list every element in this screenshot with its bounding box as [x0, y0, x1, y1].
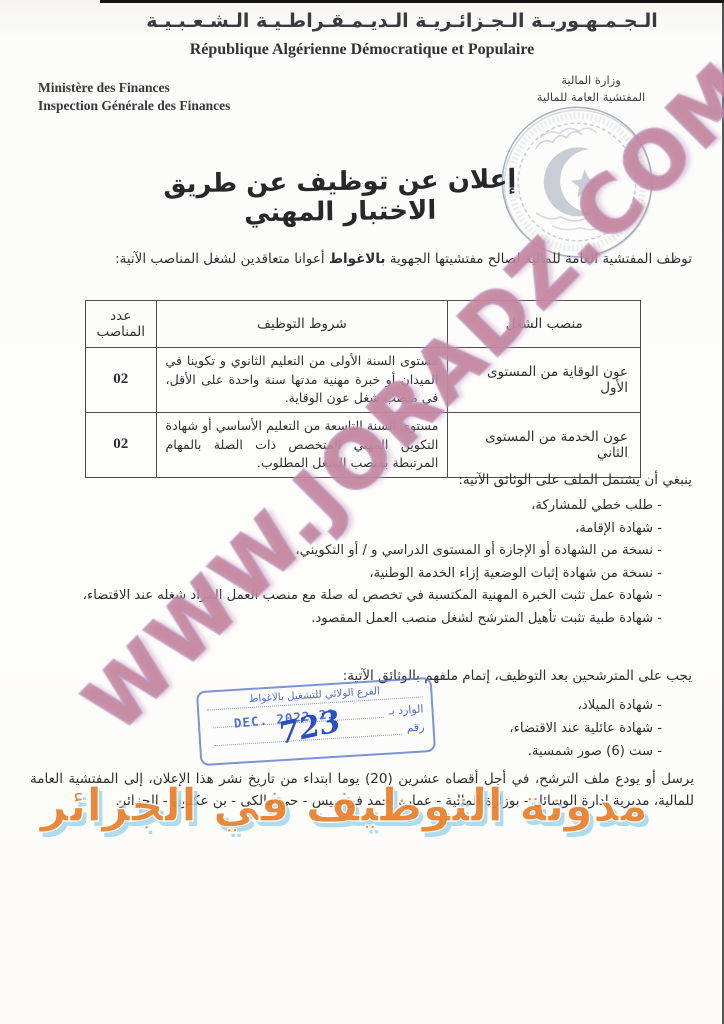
document-item: - نسخة من شهادة إثبات الوضعية إزاء الخدم…	[30, 563, 662, 586]
document-item: - شهادة الإقامة،	[30, 518, 662, 541]
stamp-number-label: رقم	[406, 720, 425, 734]
intro-post: أعوانا متعاقدين لشغل المناصب الآتية:	[115, 251, 329, 267]
receipt-stamp: الفرع الولائي للتشغيل بالاغواط الوارد بـ…	[196, 677, 436, 766]
header-cell-position: منصب الشغل	[448, 301, 641, 348]
header-cell-count: عدد المناصب	[86, 301, 157, 348]
scan-top-edge-artifact	[100, 0, 724, 3]
ministry-arabic-line1: وزارة المالية	[516, 72, 666, 89]
document-item: - طلب خطي للمشاركة،	[30, 495, 662, 518]
positions-table: منصب الشغل شروط التوظيف عدد المناصب عون …	[85, 300, 641, 478]
scanned-document-page: الـجـمـهـوريـة الـجـزائـريـة الـديـمـقـر…	[0, 0, 724, 1024]
document-item: - شهادة طبية تثبت تأهيل المترشح لشغل منص…	[30, 608, 662, 631]
stamp-received-label: الوارد بـ	[388, 702, 424, 717]
cell-conditions-1: مستوى السنة الأولى من التعليم الثانوي و …	[156, 348, 448, 413]
closing-paragraph: يرسل أو يودع ملف الترشح، في أجل أقصاه عش…	[30, 768, 694, 813]
intro-pre: توظف المفتشية العامة للمالية لصالح مفتشي…	[386, 251, 693, 267]
ministry-block-french: Ministère des Finances Inspection Généra…	[38, 79, 230, 114]
announcement-title: إعلان عن توظيف عن طريق الاختبار المهني	[128, 164, 553, 230]
cell-count-2: 02	[86, 412, 157, 477]
table-header-row: منصب الشغل شروط التوظيف عدد المناصب	[86, 301, 641, 348]
documents-heading: ينبغي أن يشتمل الملف على الوثائق الآتية:	[30, 472, 692, 488]
ministry-french-line2: Inspection Générale des Finances	[38, 97, 230, 115]
documents-list: - طلب خطي للمشاركة، - شهادة الإقامة، - ن…	[30, 495, 662, 631]
header-cell-conditions: شروط التوظيف	[156, 301, 448, 348]
document-item: - شهادة عمل تثبت الخبرة المهنية المكتسبة…	[30, 585, 662, 608]
cell-count-1: 02	[86, 348, 157, 413]
document-item: - نسخة من الشهادة أو الإجازة أو المستوى …	[30, 540, 662, 563]
cell-conditions-2: مستوى السنة التاسعة من التعليم الأساسي أ…	[156, 412, 448, 477]
cell-position-2: عون الخدمة من المستوى الثاني	[448, 412, 641, 477]
table-row: عون الوقاية من المستوى الأول مستوى السنة…	[86, 348, 641, 413]
table-row: عون الخدمة من المستوى الثاني مستوى السنة…	[86, 412, 641, 477]
intro-location-bold: بالاغواط	[329, 251, 386, 267]
ministry-french-line1: Ministère des Finances	[38, 79, 230, 97]
cell-position-1: عون الوقاية من المستوى الأول	[448, 348, 641, 413]
header-country-french: République Algérienne Démocratique et Po…	[0, 41, 724, 59]
intro-paragraph: توظف المفتشية العامة للمالية لصالح مفتشي…	[32, 249, 692, 269]
header-country-arabic: الـجـمـهـوريـة الـجـزائـريـة الـديـمـقـر…	[80, 10, 724, 32]
